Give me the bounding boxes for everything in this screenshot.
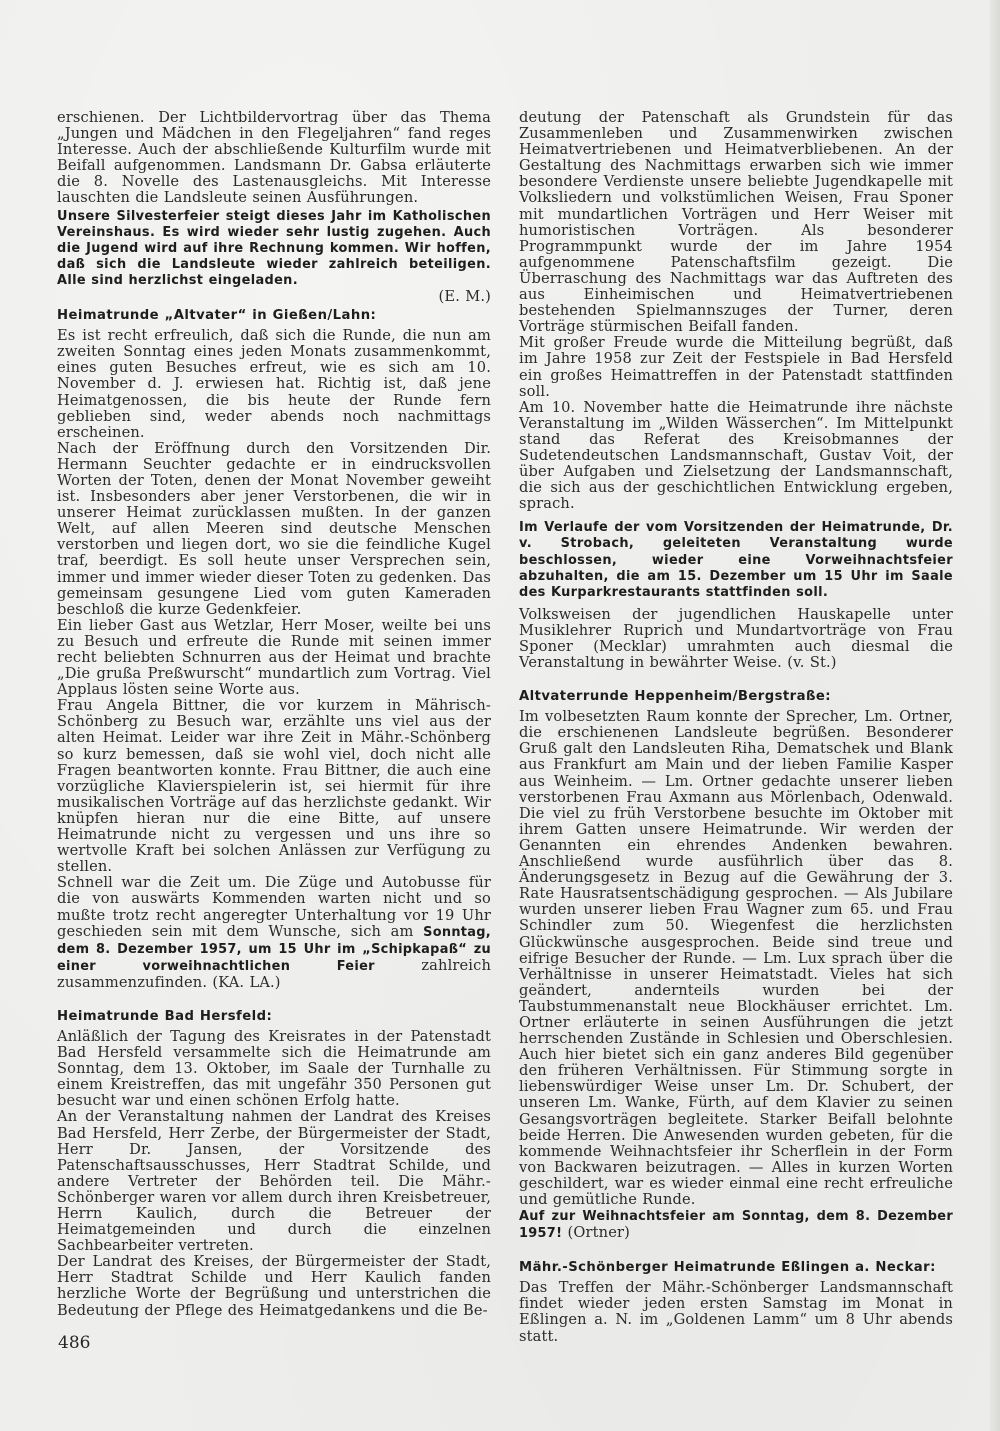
vorweihnachtsfeier-announcement: Im Verlaufe der vom Vorsitzenden der Hei… — [519, 520, 953, 600]
section-heading-giessen: Heimatrunde „Altvater“ in Gießen/Lahn: — [57, 308, 491, 324]
document-page: erschienen. Der Lichtbildervortrag über … — [0, 0, 1000, 1431]
silvester-announcement: Unsere Silvesterfeier steigt dieses Jahr… — [57, 209, 491, 289]
right-column: deutung der Patenschaft als Grundstein f… — [519, 110, 953, 1345]
hersfeld-cont-paragraph-4: Volksweisen der jugendlichen Hauskapelle… — [519, 607, 953, 671]
esslingen-paragraph-1: Das Treffen der Mähr.-Schönberger Landsm… — [519, 1280, 953, 1344]
intro-paragraph: erschienen. Der Lichtbildervortrag über … — [57, 110, 491, 207]
section-giessen: Heimatrunde „Altvater“ in Gießen/Lahn: E… — [57, 308, 491, 991]
hersfeld-cont-paragraph-3: Am 10. November hatte die Heimatrunde ih… — [519, 400, 953, 513]
heppenheim-closing: Auf zur Weihnachtsfeier am Sonntag, dem … — [519, 1208, 953, 1242]
hersfeld-cont-paragraph-1: deutung der Patenschaft als Grundstein f… — [519, 110, 953, 335]
section-heppenheim: Altvaterrunde Heppenheim/Bergstraße: Im … — [519, 689, 953, 1242]
left-column: erschienen. Der Lichtbildervortrag über … — [57, 110, 491, 1319]
section-heading-hersfeld: Heimatrunde Bad Hersfeld: — [57, 1009, 491, 1025]
section-hersfeld: Heimatrunde Bad Hersfeld: Anläßlich der … — [57, 1009, 491, 1319]
giessen-paragraph-5: Schnell war die Zeit um. Die Züge und Au… — [57, 875, 491, 991]
section-hersfeld-continued: deutung der Patenschaft als Grundstein f… — [519, 110, 953, 671]
page-edge-shadow — [990, 0, 1000, 1431]
giessen-paragraph-4: Frau Angela Bittner, die vor kurzem in M… — [57, 698, 491, 875]
hersfeld-paragraph-1: Anläßlich der Tagung des Kreisrates in d… — [57, 1029, 491, 1109]
giessen-paragraph-2: Nach der Eröffnung durch den Vorsitzende… — [57, 441, 491, 618]
hersfeld-paragraph-2: An der Veranstaltung nahmen der Landrat … — [57, 1109, 491, 1254]
page-number: 486 — [58, 1333, 90, 1353]
heppenheim-paragraph-1: Im volbesetzten Raum konnte der Sprecher… — [519, 709, 953, 1208]
hersfeld-cont-paragraph-2: Mit großer Freude wurde die Mitteilung b… — [519, 335, 953, 399]
giessen-paragraph-1: Es ist recht erfreulich, daß sich die Ru… — [57, 328, 491, 441]
heppenheim-closing-signature: (Ortner) — [562, 1224, 630, 1241]
giessen-paragraph-3: Ein lieber Gast aus Wetzlar, Herr Moser,… — [57, 618, 491, 698]
section-heading-heppenheim: Altvaterrunde Heppenheim/Bergstraße: — [519, 689, 953, 705]
section-esslingen: Mähr.-Schönberger Heimatrunde Eßlingen a… — [519, 1260, 953, 1344]
section-heading-esslingen: Mähr.-Schönberger Heimatrunde Eßlingen a… — [519, 1260, 953, 1276]
hersfeld-paragraph-3: Der Landrat des Kreises, der Bürgermeist… — [57, 1254, 491, 1318]
announcement-signature: (E. M.) — [57, 289, 491, 305]
